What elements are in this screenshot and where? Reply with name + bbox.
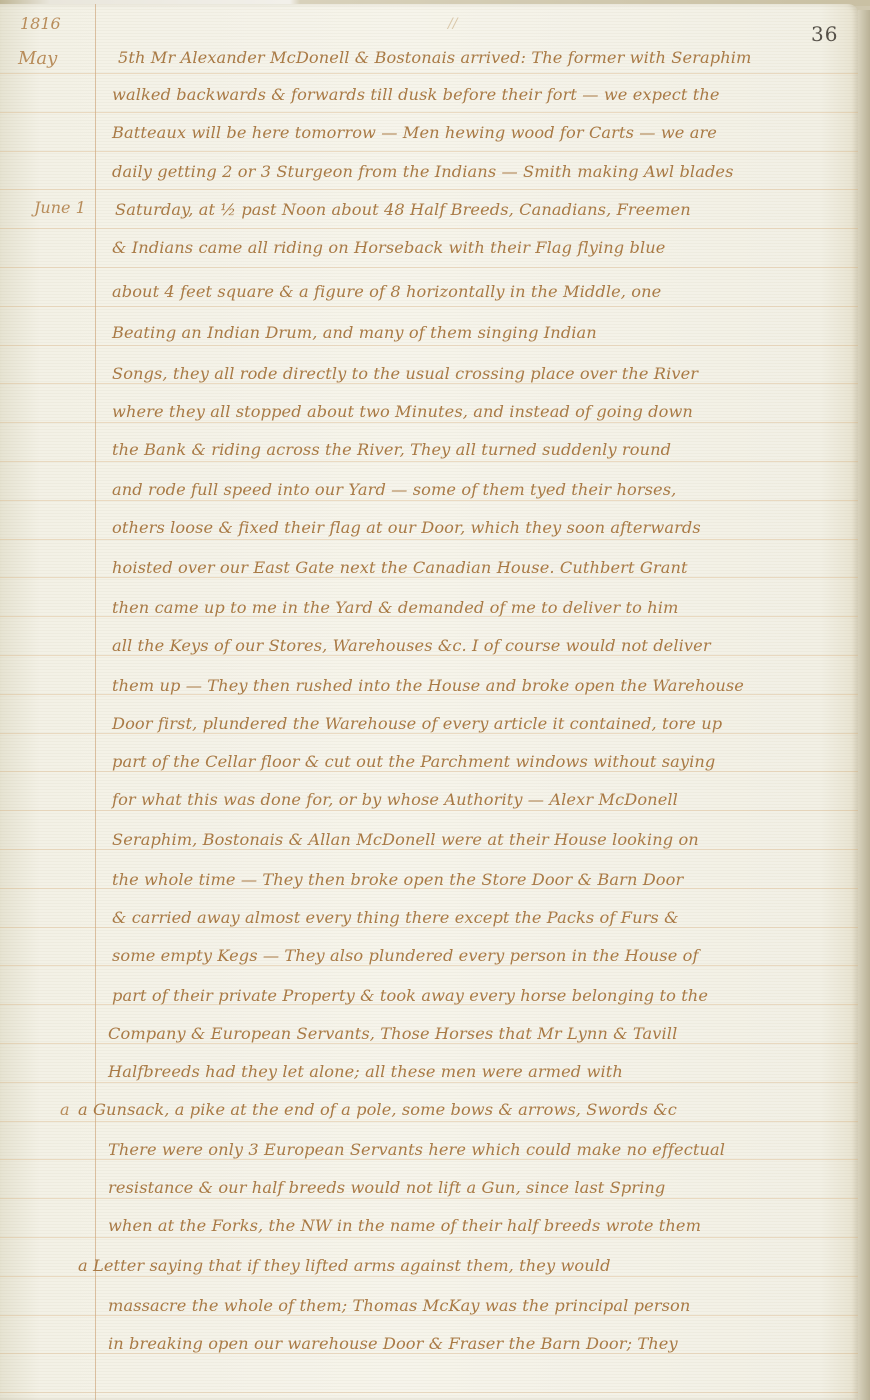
- text-line: part of the Cellar floor & cut out the P…: [112, 752, 852, 771]
- text-line: a Letter saying that if they lifted arms…: [78, 1256, 818, 1275]
- ruled-line: [0, 1043, 858, 1044]
- ruled-line: [0, 733, 858, 734]
- text-line: all the Keys of our Stores, Warehouses &…: [112, 636, 852, 655]
- text-line: Seraphim, Bostonais & Allan McDonell wer…: [112, 830, 852, 849]
- text-line: where they all stopped about two Minutes…: [112, 402, 852, 421]
- text-line: Company & European Servants, Those Horse…: [108, 1024, 848, 1043]
- ruled-line: [0, 1121, 858, 1122]
- ruled-line: [0, 1276, 858, 1277]
- ruled-line: [0, 539, 858, 540]
- text-line: the Bank & riding across the River, They…: [112, 440, 852, 459]
- text-line: resistance & our half breeds would not l…: [108, 1178, 848, 1197]
- ruled-line: [0, 228, 858, 229]
- ruled-line: [0, 849, 858, 850]
- ruled-line: [0, 500, 858, 501]
- text-line: others loose & fixed their flag at our D…: [112, 518, 852, 537]
- ruled-line: [0, 577, 858, 578]
- text-line: There were only 3 European Servants here…: [108, 1140, 848, 1159]
- text-line: hoisted over our East Gate next the Cana…: [112, 558, 852, 577]
- margin-note-a: a: [60, 1100, 70, 1119]
- margin-year: 1816: [20, 14, 61, 33]
- text-line: daily getting 2 or 3 Sturgeon from the I…: [112, 162, 852, 181]
- text-line: & carried away almost every thing there …: [112, 908, 852, 927]
- text-line: them up — They then rushed into the Hous…: [112, 676, 852, 695]
- text-line: and rode full speed into our Yard — some…: [112, 480, 852, 499]
- ruled-line: [0, 1315, 858, 1316]
- margin-month-may: May: [18, 48, 57, 69]
- text-line: a Gunsack, a pike at the end of a pole, …: [78, 1100, 818, 1119]
- text-line: when at the Forks, the NW in the name of…: [108, 1216, 848, 1235]
- ruled-line: [0, 1198, 858, 1199]
- ruled-line: [0, 771, 858, 772]
- text-line: in breaking open our warehouse Door & Fr…: [108, 1334, 848, 1353]
- ruled-line: [0, 461, 858, 462]
- text-line: & Indians came all riding on Horseback w…: [112, 238, 852, 257]
- ruled-line: [0, 189, 858, 190]
- ruled-line: [0, 267, 858, 268]
- ruled-line: [0, 655, 858, 656]
- text-line: massacre the whole of them; Thomas McKay…: [108, 1296, 848, 1315]
- text-line: Batteaux will be here tomorrow — Men hew…: [112, 123, 852, 142]
- page-number: 36: [811, 22, 838, 46]
- ruled-line: [0, 306, 858, 307]
- text-line: walked backwards & forwards till dusk be…: [112, 85, 852, 104]
- ruled-line: [0, 1082, 858, 1083]
- text-line: Saturday, at ½ past Noon about 48 Half B…: [115, 200, 855, 219]
- ruled-line: [0, 151, 858, 152]
- text-line: Door first, plundered the Warehouse of e…: [112, 714, 852, 733]
- ruled-line: [0, 810, 858, 811]
- pencil-mark: //: [448, 16, 457, 32]
- text-line: some empty Kegs — They also plundered ev…: [112, 946, 852, 965]
- text-line: Halfbreeds had they let alone; all these…: [108, 1062, 848, 1081]
- text-line: Songs, they all rode directly to the usu…: [112, 364, 852, 383]
- text-line: 5th Mr Alexander McDonell & Bostonais ar…: [118, 48, 858, 67]
- text-line: Beating an Indian Drum, and many of them…: [112, 323, 852, 342]
- ruled-line: [0, 345, 858, 346]
- ruled-line: [0, 927, 858, 928]
- ruled-line: [0, 1353, 858, 1354]
- ruled-line: [0, 1392, 858, 1393]
- margin-month-june: June 1: [34, 198, 86, 217]
- margin-rule: [95, 4, 96, 1400]
- ruled-line: [0, 1159, 858, 1160]
- ruled-line: [0, 965, 858, 966]
- text-line: part of their private Property & took aw…: [112, 986, 852, 1005]
- text-line: then came up to me in the Yard & demande…: [112, 598, 852, 617]
- text-line: about 4 feet square & a figure of 8 hori…: [112, 282, 852, 301]
- ruled-line: [0, 1237, 858, 1238]
- ruled-line: [0, 73, 858, 74]
- text-line: for what this was done for, or by whose …: [112, 790, 852, 809]
- text-line: the whole time — They then broke open th…: [112, 870, 852, 889]
- ruled-line: [0, 112, 858, 113]
- ruled-line: [0, 383, 858, 384]
- ruled-line: [0, 422, 858, 423]
- page-edge: [858, 10, 870, 1400]
